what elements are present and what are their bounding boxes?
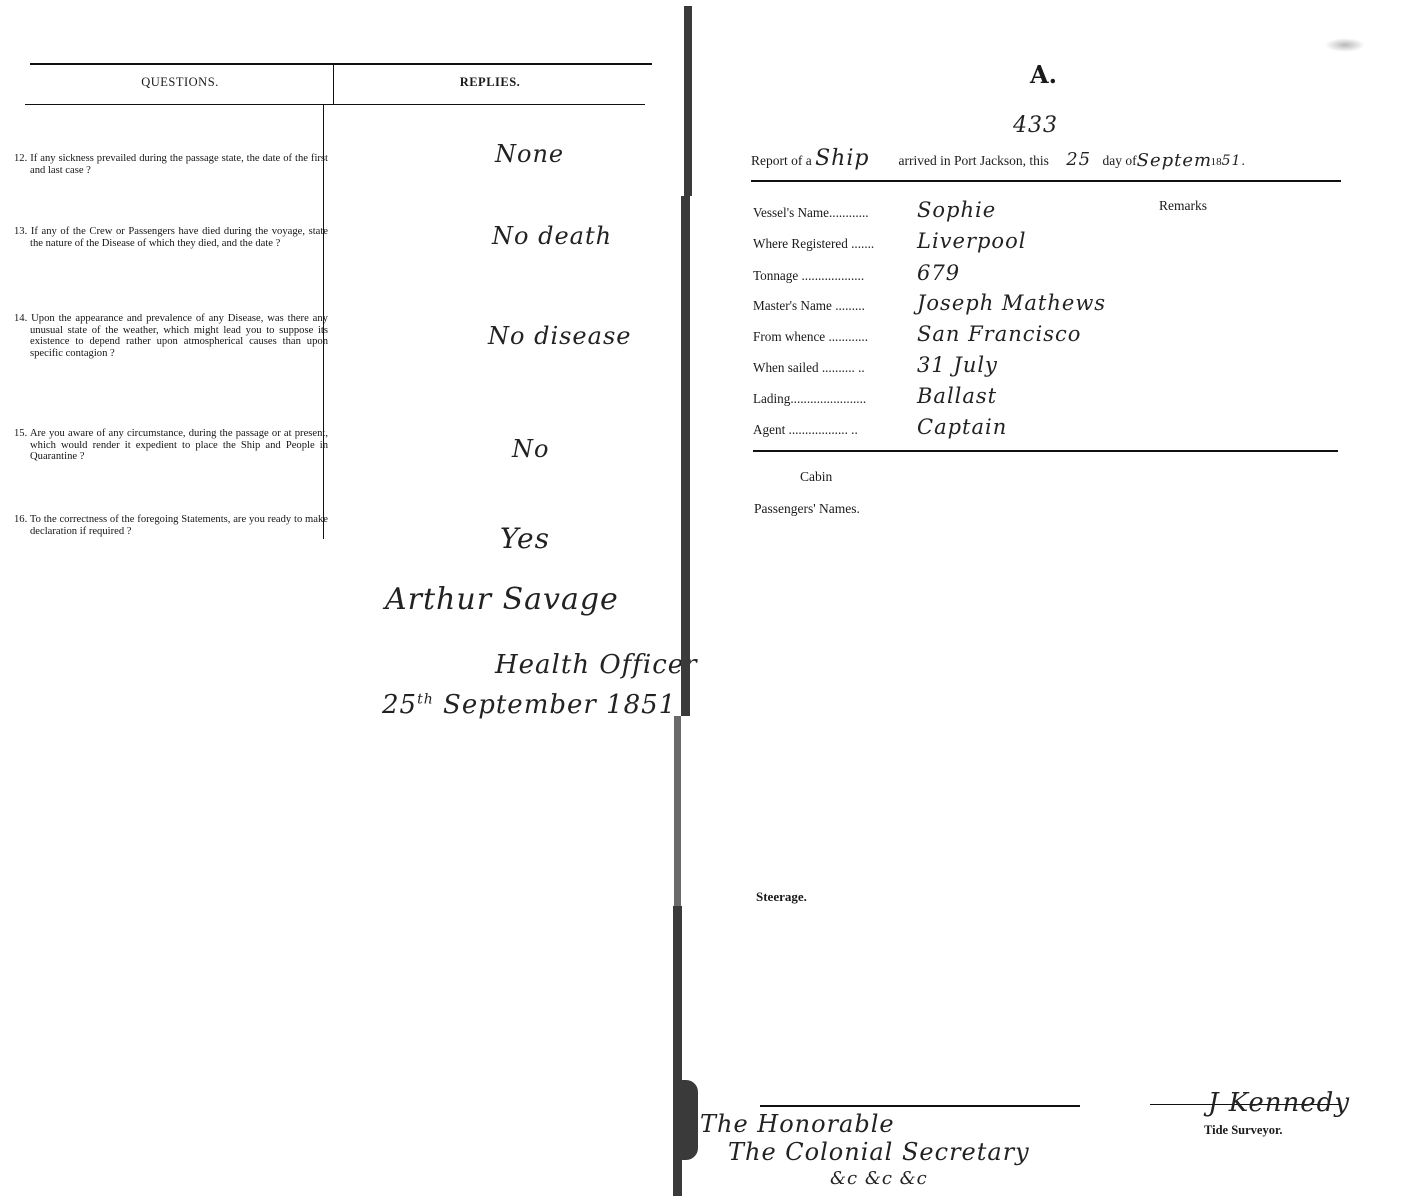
- reply-16: Yes: [500, 522, 550, 555]
- field-tonnage: Tonnage ................... 679: [753, 261, 960, 285]
- addressee-line-2: The Colonial Secretary: [728, 1138, 1030, 1166]
- field-value: 679: [917, 261, 960, 285]
- field-label: When sailed .......... ..: [753, 360, 913, 376]
- field-lading: Lading....................... Ballast: [753, 384, 997, 408]
- field-label: From whence ............: [753, 329, 913, 345]
- header-bottom-rule: [25, 104, 645, 105]
- report-end: .: [1241, 153, 1244, 168]
- tide-surveyor-signature: J Kennedy: [1208, 1088, 1350, 1118]
- question-12: 12. If any sickness prevailed during the…: [14, 153, 328, 176]
- field-masters-name: Master's Name ......... Joseph Mathews: [753, 291, 1106, 315]
- question-number: 12.: [14, 153, 27, 164]
- report-prefix: Report of a: [751, 153, 812, 168]
- page-gutter-blot: [676, 1080, 698, 1160]
- reply-12: None: [495, 140, 564, 168]
- page-gutter-shadow: [684, 6, 692, 196]
- addressee-line-1: The Honorable: [700, 1110, 895, 1138]
- question-number: 15.: [14, 428, 27, 439]
- field-from-whence: From whence ............ San Francisco: [753, 322, 1081, 346]
- question-13: 13. If any of the Crew or Passengers hav…: [14, 226, 328, 249]
- report-day: 25: [1066, 149, 1091, 170]
- field-value: 31 July: [917, 353, 998, 377]
- field-label: Vessel's Name............: [753, 205, 913, 221]
- field-label: Master's Name .........: [753, 298, 913, 314]
- field-label: Lading.......................: [753, 391, 913, 407]
- reply-15: No: [512, 435, 549, 463]
- report-rule-bottom: [753, 450, 1338, 452]
- report-number: 433: [1013, 113, 1058, 138]
- addressee-line-3: &c &c &c: [830, 1168, 928, 1189]
- report-year-printed: 18: [1211, 156, 1222, 168]
- header-top-rule: [30, 63, 652, 65]
- field-value: Captain: [917, 415, 1007, 439]
- report-rule-top: [751, 180, 1341, 182]
- field-value: Sophie: [917, 198, 996, 222]
- field-value: Ballast: [917, 384, 997, 408]
- report-day-of: day of: [1103, 153, 1137, 168]
- question-text: To the correctness of the foregoing Stat…: [30, 514, 328, 537]
- field-value: San Francisco: [917, 322, 1081, 346]
- field-label: Where Registered .......: [753, 236, 913, 252]
- reply-14: No disease: [488, 322, 631, 350]
- question-15: 15. Are you aware of any circumstance, d…: [14, 428, 328, 463]
- health-officer-title: Health Officer: [495, 650, 698, 680]
- field-agent: Agent .................. .. Captain: [753, 415, 1007, 439]
- page-gutter-shadow: [674, 716, 681, 906]
- steerage-label: Steerage.: [756, 889, 807, 905]
- cabin-label: Cabin: [800, 469, 832, 485]
- question-number: 16.: [14, 514, 27, 525]
- signature-rule-left: [760, 1105, 1080, 1107]
- report-middle: arrived in Port Jackson, this: [898, 153, 1048, 168]
- field-value: Joseph Mathews: [917, 291, 1106, 315]
- scan-smudge: [1325, 38, 1365, 52]
- question-14: 14. Upon the appearance and prevalence o…: [14, 313, 328, 359]
- question-text: If any sickness prevailed during the pas…: [30, 153, 328, 176]
- field-value: Liverpool: [917, 229, 1026, 253]
- question-16: 16. To the correctness of the foregoing …: [14, 514, 328, 537]
- field-where-registered: Where Registered ....... Liverpool: [753, 229, 1026, 253]
- section-letter: A.: [1030, 60, 1057, 89]
- passengers-names-label: Passengers' Names.: [754, 501, 860, 517]
- field-when-sailed: When sailed .......... .. 31 July: [753, 353, 998, 377]
- question-text: Are you aware of any circumstance, durin…: [30, 428, 328, 462]
- field-label: Agent .................. ..: [753, 422, 913, 438]
- question-number: 14.: [14, 313, 27, 324]
- report-line: Report of a Ship arrived in Port Jackson…: [751, 146, 1245, 171]
- vessel-type: Ship: [815, 146, 895, 171]
- date-day: 25: [382, 690, 417, 720]
- report-month: September: [1137, 150, 1211, 171]
- question-number: 13.: [14, 226, 27, 237]
- field-label: Tonnage ...................: [753, 268, 913, 284]
- questions-header: QUESTIONS.: [30, 75, 330, 90]
- signature-date: 25th September 1851: [382, 690, 676, 720]
- question-text: Upon the appearance and prevalence of an…: [30, 313, 328, 359]
- date-suffix: th: [417, 691, 434, 707]
- date-month-year: September 1851: [443, 690, 676, 720]
- question-text: If any of the Crew or Passengers have di…: [30, 226, 328, 249]
- column-divider: [333, 65, 334, 105]
- report-year-hand: 51: [1222, 153, 1242, 169]
- replies-header: REPLIES.: [335, 75, 645, 90]
- page-gutter-shadow: [681, 196, 690, 716]
- remarks-label: Remarks: [1159, 198, 1207, 214]
- health-officer-name: Arthur Savage: [385, 582, 619, 617]
- reply-13: No death: [492, 222, 612, 250]
- tide-surveyor-label: Tide Surveyor.: [1204, 1123, 1283, 1138]
- field-vessel-name: Vessel's Name............ Sophie: [753, 198, 996, 222]
